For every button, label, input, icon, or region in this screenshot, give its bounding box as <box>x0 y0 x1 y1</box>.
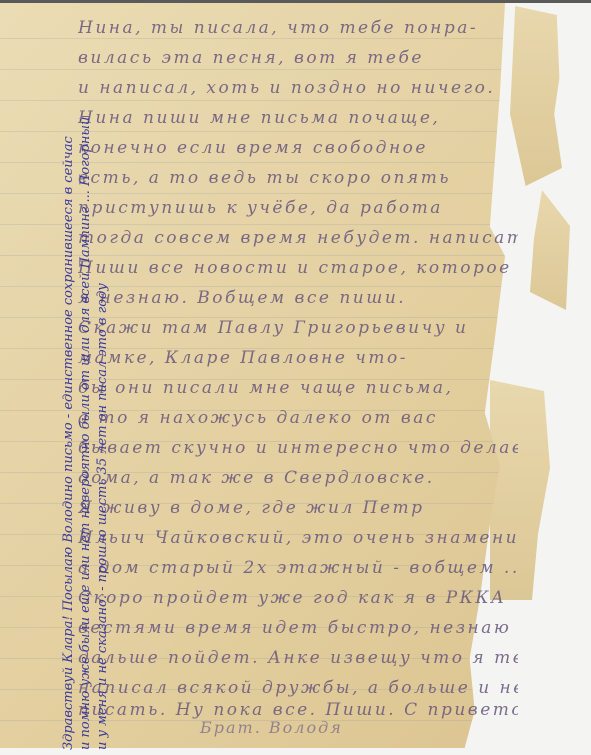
letter-line: Пиши все новости и старое, которое <box>78 258 518 278</box>
letter-line: Скоро пройдет уже год как я в РККА <box>78 588 518 608</box>
margin-note-line: и помню уже были еще или нет невероятно … <box>77 10 94 750</box>
letter-line: Скажи там Павлу Григорьевичу и <box>78 318 518 338</box>
letter-line: а дом старый 2х этажный - вобщем ... <box>78 558 518 578</box>
letter-line: тогда совсем время небудет. написать <box>78 228 518 248</box>
letter-line: я незнаю. Вобщем все пиши. <box>78 288 518 308</box>
letter-line: дома, а так же в Свердловске. <box>78 468 518 488</box>
letter-line: дальше пойдет. Анке извещу что я тебе <box>78 648 518 668</box>
scan-top-edge <box>0 0 591 3</box>
letter-line: Нина пиши мне письма почаще, <box>78 108 518 128</box>
signature: Брат. Володя <box>200 718 343 737</box>
margin-note: Здравствуй Клара! Посылаю Володино письм… <box>60 10 111 750</box>
letter-line: приступишь к учёбе, да работа <box>78 198 518 218</box>
letter-line: и написал, хоть и поздно но ничего. <box>78 78 518 98</box>
letter-line: вилась эта песня, вот я тебе <box>78 48 518 68</box>
letter-line: вестями время идет быстро, незнаю как <box>78 618 518 638</box>
letter-line: а то я нахожусь далеко от вас <box>78 408 518 428</box>
letter-line: мамке, Кларе Павловне что- <box>78 348 518 368</box>
letter-line: бывает скучно и интересно что делается <box>78 438 518 458</box>
letter-line: писать. Ну пока все. Пиши. С приветом <box>78 700 518 720</box>
letter-line: Нина, ты писала, что тебе понра- <box>78 18 518 38</box>
torn-paper-flap <box>530 190 570 310</box>
letter-line: бы они писали мне чаще письма, <box>78 378 518 398</box>
letter-line: Ильич Чайковский, это очень знаменитый <box>78 528 518 548</box>
letter-line: конечно если время свободное <box>78 138 518 158</box>
letter-line: есть, а то ведь ты скоро опять <box>78 168 518 188</box>
margin-note-line: Здравствуй Клара! Посылаю Володино письм… <box>60 10 77 750</box>
margin-note-line: и у меня и не сказано. - прошло шесть 35… <box>94 10 111 750</box>
letter-line: написал всякой дружбы, а больше и нечего <box>78 678 518 698</box>
letter-line: Я живу в доме, где жил Петр <box>78 498 518 518</box>
